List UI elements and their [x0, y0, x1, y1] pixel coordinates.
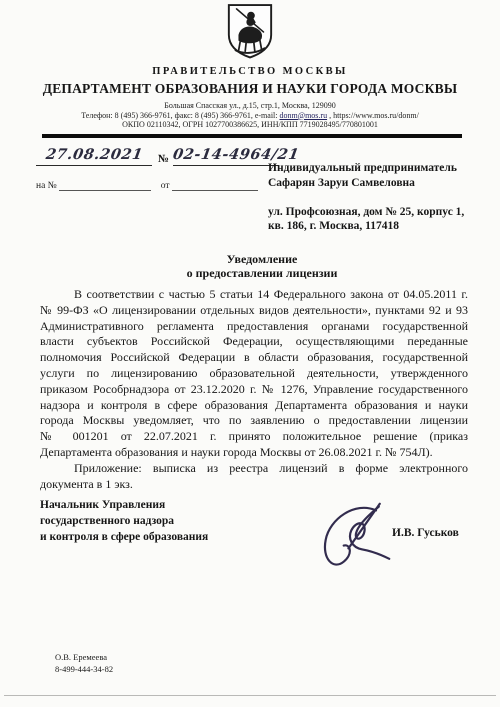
attachment-line: документа в 1 экз.	[40, 477, 468, 493]
reply-date-blank	[172, 179, 258, 191]
executor-block: О.В. Еремеева 8-499-444-34-82	[55, 652, 113, 675]
executor-name: О.В. Еремеева	[55, 652, 113, 664]
org-registry-codes: ОКПО 02110342, ОГРН 1027700386625, ИНН/К…	[0, 120, 500, 130]
body-line: № 001201 от 22.07.2021 г. принято положи…	[40, 429, 468, 445]
department-title: ДЕПАРТАМЕНТ ОБРАЗОВАНИЯ И НАУКИ ГОРОДА М…	[0, 81, 500, 97]
executor-phone: 8-499-444-34-82	[55, 664, 113, 676]
handwritten-signature-icon	[318, 500, 396, 574]
org-address: Большая Спасская ул., д.15, стр.1, Москв…	[0, 101, 500, 111]
contact-block: Большая Спасская ул., д.15, стр.1, Москв…	[0, 101, 500, 130]
email-link[interactable]: donm@mos.ru	[279, 111, 327, 120]
signer-name: И.В. Гуськов	[392, 527, 459, 539]
body-line: полномочия Российской Федерации в област…	[40, 350, 468, 366]
document-title-line2: о предоставлении лицензии	[48, 266, 476, 280]
signer-position-line2: государственного надзора	[40, 514, 208, 530]
body-line: услуги по лицензированию образовательной…	[40, 366, 468, 382]
handwritten-date: 27.08.2021	[44, 144, 144, 166]
recipient-type: Индивидуальный предприниматель	[268, 161, 473, 176]
signer-position: Начальник Управления государственного на…	[40, 498, 208, 545]
body-line: Департамента образования и науки города …	[40, 445, 468, 461]
recipient-address-line2: кв. 186, г. Москва, 117418	[268, 219, 473, 234]
page-scan-edge	[4, 695, 496, 696]
body-line: № 99-ФЗ «О лицензировании отдельных видо…	[40, 303, 468, 319]
recipient-name: Сафарян Заруи Самвеловна	[268, 176, 473, 191]
government-title: ПРАВИТЕЛЬСТВО МОСКВЫ	[0, 66, 500, 77]
moscow-coat-of-arms-icon	[225, 3, 275, 59]
outgoing-row: 27.08.2021 № 02-14-4964/21	[36, 144, 286, 166]
spacer	[268, 190, 473, 205]
body-line: приказом Рособрнадзора от 23.12.2020 г. …	[40, 382, 468, 398]
recipient-address-line1: ул. Профсоюзная, дом № 25, корпус 1,	[268, 205, 473, 220]
reply-number-label: на №	[36, 181, 57, 191]
outgoing-date-field: 27.08.2021	[36, 144, 152, 166]
org-phone-line: Телефон: 8 (495) 366-9761, факс: 8 (495)…	[0, 111, 500, 121]
outgoing-number-field: 02-14-4964/21	[173, 144, 279, 166]
reference-block: 27.08.2021 № 02-14-4964/21 на № от	[36, 144, 286, 191]
reply-date-label: от	[161, 181, 170, 191]
reply-number-blank	[59, 179, 151, 191]
number-sign: №	[158, 153, 169, 165]
body-line: Административного регламента предоставле…	[40, 319, 468, 335]
body-line: В соответствии с частью 5 статьи 14 Феде…	[40, 287, 468, 303]
header-divider	[42, 134, 462, 138]
document-title-line1: Уведомление	[48, 252, 476, 266]
reply-to-row: на № от	[36, 177, 286, 191]
body-line: власти субъектов Российской Федерации, о…	[40, 334, 468, 350]
signer-position-line3: и контроля в сфере образования	[40, 530, 208, 546]
scanned-letter-page: ПРАВИТЕЛЬСТВО МОСКВЫ ДЕПАРТАМЕНТ ОБРАЗОВ…	[0, 0, 500, 707]
recipient-block: Индивидуальный предприниматель Сафарян З…	[268, 161, 473, 234]
attachment-line: Приложение: выписка из реестра лицензий …	[40, 461, 468, 477]
document-title: Уведомление о предоставлении лицензии	[48, 252, 476, 280]
letter-body: В соответствии с частью 5 статьи 14 Феде…	[40, 287, 468, 492]
signer-position-line1: Начальник Управления	[40, 498, 208, 514]
website-link[interactable]: https://www.mos.ru/donm/	[333, 111, 419, 120]
body-line: надзора и контроля в сфере образования Д…	[40, 398, 468, 414]
body-line: города Москвы уведомляет, что по заявлен…	[40, 413, 468, 429]
